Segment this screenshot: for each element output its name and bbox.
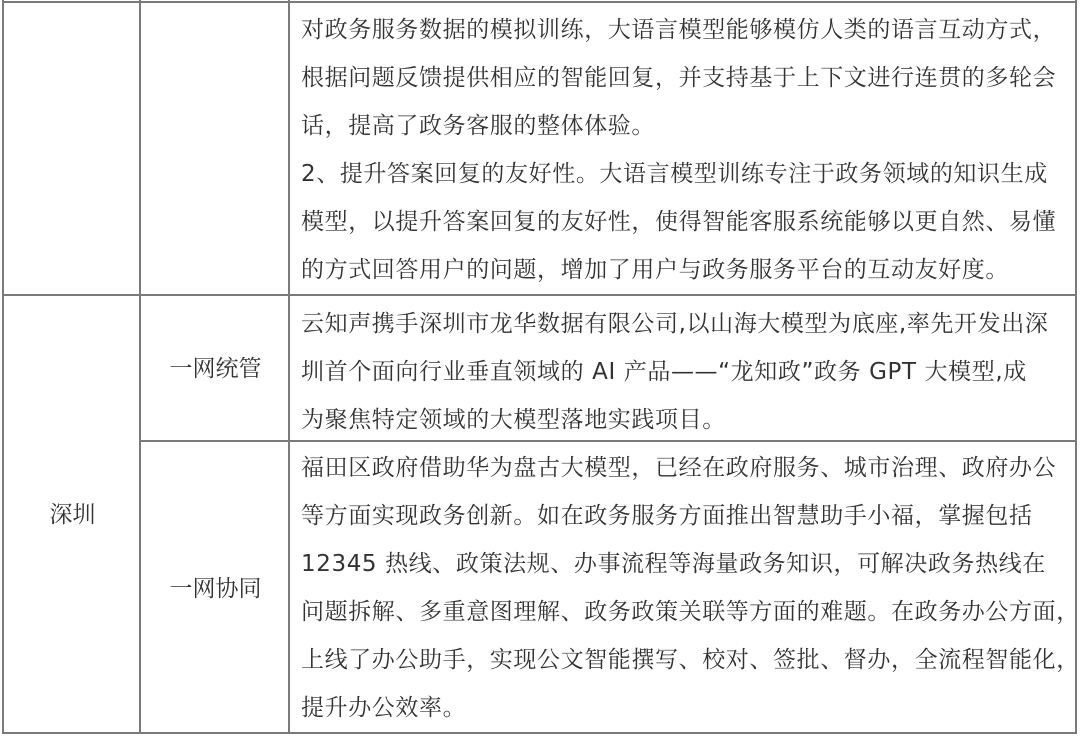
row-divider-1 (2, 294, 1077, 296)
content-line: 2、提升答案回复的友好性。大语言模型训练专注于政务领域的知识生成 (301, 150, 1048, 198)
content-line: 根据问题反馈提供相应的智能回复，并支持基于上下文进行连贯的多轮会 (301, 54, 1056, 102)
category-label: 一网协同 (141, 574, 290, 604)
content-line: 上线了办公助手，实现公文智能撰写、校对、签批、督办，全流程智能化， (301, 636, 1080, 684)
table-border-bottom (2, 732, 1077, 734)
table-border-top (2, 1, 1077, 3)
content-line: 话，提高了政务客服的整体体验。 (301, 102, 655, 150)
content-line: 的方式回答用户的问题，增加了用户与政务服务平台的互动友好度。 (301, 246, 1009, 294)
content-line: 问题拆解、多重意图理解、政务政策关联等方面的难题。在政务办公方面， (301, 588, 1080, 636)
content-line: 圳首个面向行业垂直领域的 AI 产品——“龙知政”政务 GPT 大模型,成 (301, 348, 1027, 396)
city-label: 深圳 (4, 500, 141, 530)
content-line: 等方面实现政务创新。如在政务服务方面推出智慧助手小福，掌握包括 (301, 492, 1033, 540)
content-line: 12345 热线、政策法规、办事流程等海量政务知识，可解决政务热线在 (301, 540, 1046, 588)
content-line: 云知声携手深圳市龙华数据有限公司,以山海大模型为底座,率先开发出深 (301, 300, 1048, 348)
content-line: 福田区政府借助华为盘古大模型，已经在政府服务、城市治理、政府办公 (301, 444, 1056, 492)
content-line: 为聚焦特定领域的大模型落地实践项目。 (301, 396, 726, 444)
content-line: 对政务服务数据的模拟训练，大语言模型能够模仿人类的语言互动方式， (301, 6, 1056, 54)
table-border-left (2, 0, 4, 733)
content-line: 模型，以提升答案回复的友好性，使得智能客服系统能够以更自然、易懂 (301, 198, 1056, 246)
category-label: 一网统管 (141, 354, 290, 384)
content-line: 提升办公效率。 (301, 684, 466, 732)
